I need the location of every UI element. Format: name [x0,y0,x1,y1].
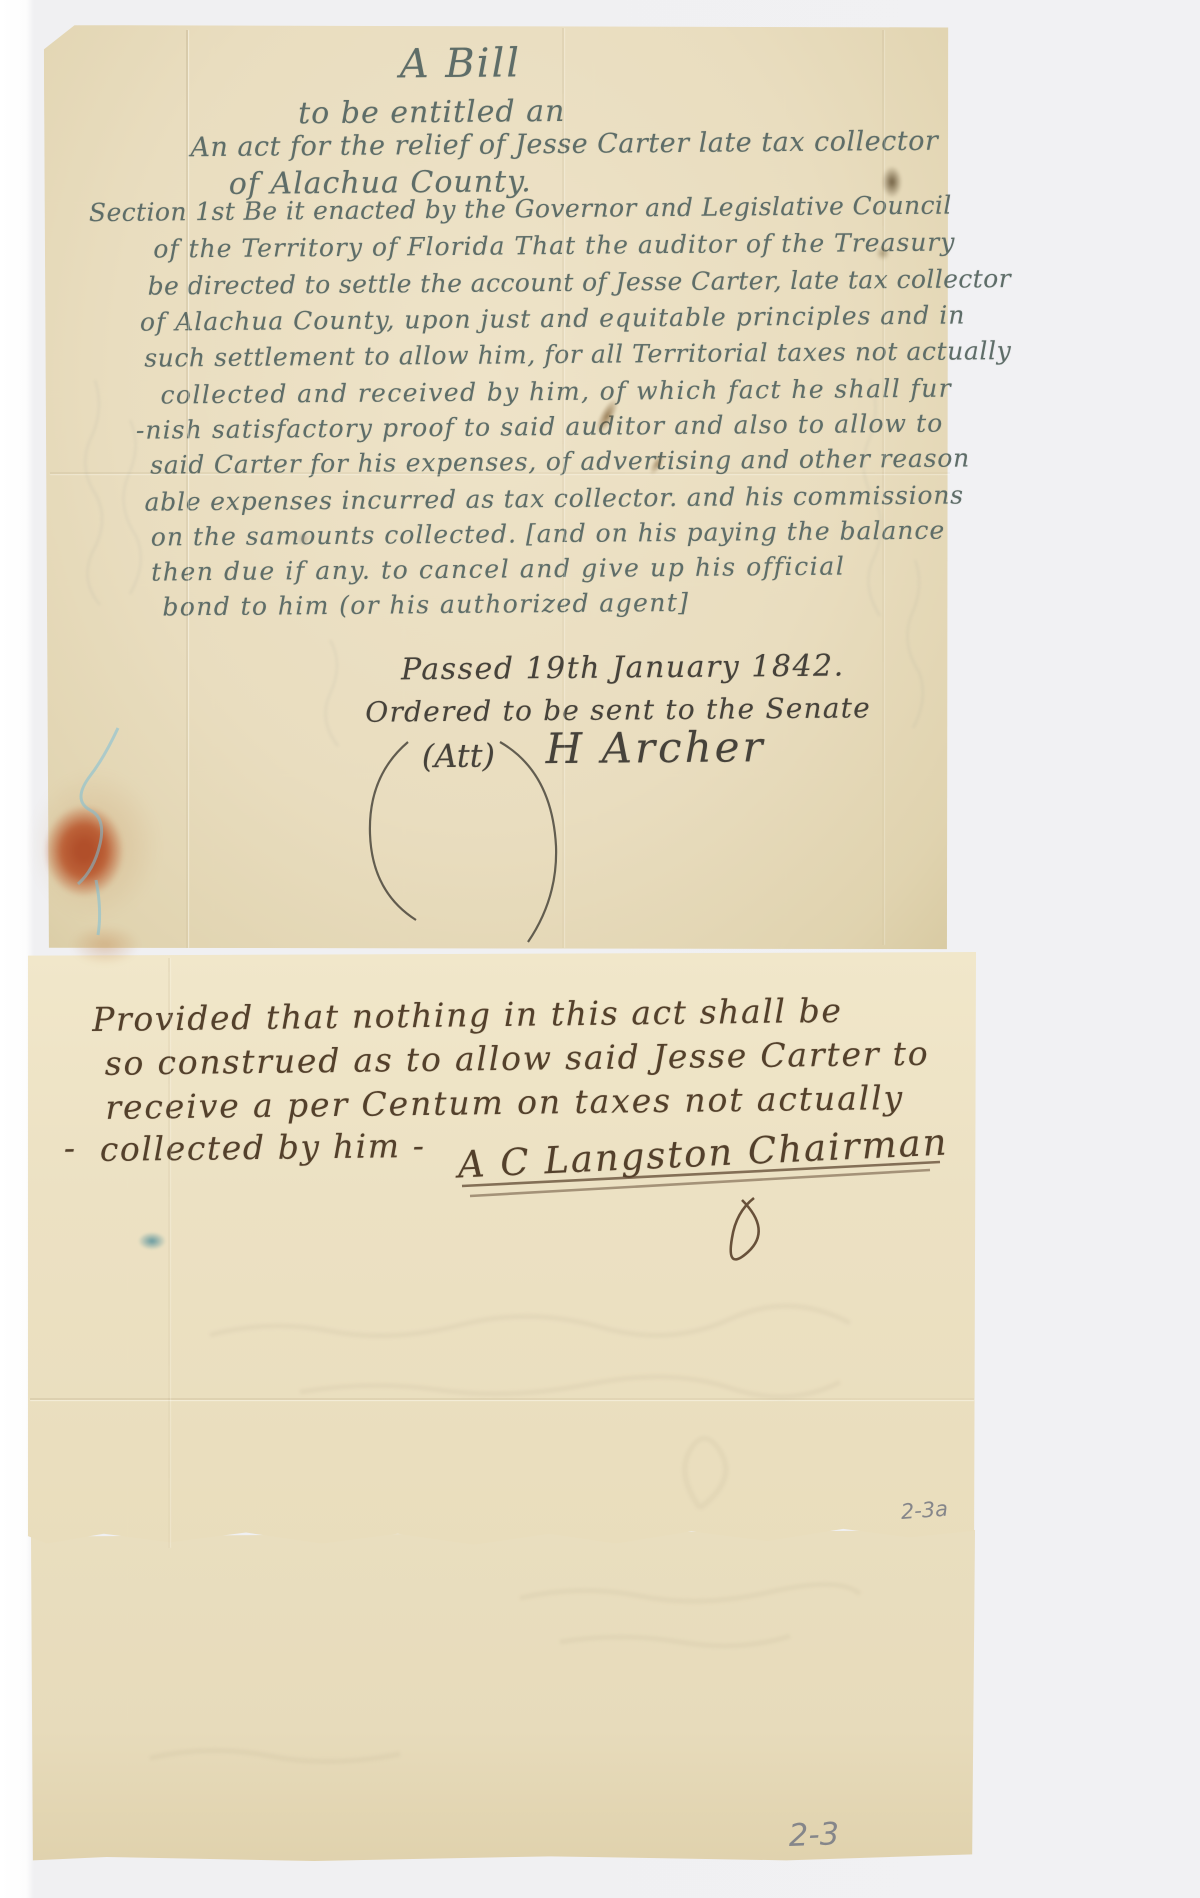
smudge-spot [296,532,310,546]
manuscript-photo: { "document": { "kind": "handwritten leg… [0,0,1200,1898]
crease-horizontal-page1 [50,472,950,474]
page2-text-block: Provided that nothing in this act shall … [0,0,1200,1898]
chairman-signature: A C Langston Chairman [457,1120,950,1186]
archive-mark-lower: 2-3 [788,1816,840,1854]
proviso-line: receive a per Centum on taxes not actual… [105,1078,904,1127]
crease-horizontal-page2 [30,1398,974,1400]
crease-vertical-page2 [168,958,170,1548]
proviso-margin-dash: - [64,1128,76,1167]
rust-stain-lower [70,925,140,965]
fold-line-vertical-left [186,30,188,948]
fold-line-vertical-right [882,30,884,945]
proviso-line: collected by him - [100,1126,426,1169]
proviso-line: so construed as to allow said Jesse Cart… [105,1034,930,1083]
red-stain [44,805,124,897]
teal-mark [138,1232,166,1250]
ink-spot-right [876,246,890,260]
proviso-line: Provided that nothing in this act shall … [92,991,843,1039]
ink-blot-top-right [882,166,902,198]
fold-line-vertical-middle [562,28,564,948]
archive-mark-upper: 2-3a [900,1497,949,1524]
